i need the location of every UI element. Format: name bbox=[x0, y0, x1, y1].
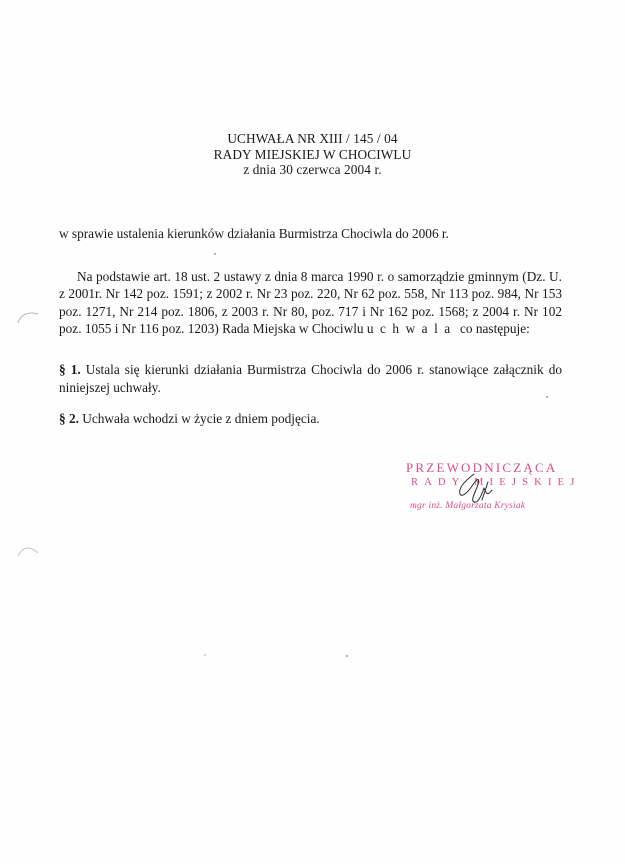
paragraph-2: § 2. Uchwała wchodzi w życie z dniem pod… bbox=[59, 410, 562, 428]
resolution-header: UCHWAŁA NR XIII / 145 / 04 RADY MIEJSKIE… bbox=[0, 131, 625, 178]
paragraph-2-number: § 2. bbox=[59, 411, 79, 426]
resolution-date: z dnia 30 czerwca 2004 r. bbox=[0, 162, 625, 178]
paragraph-1-text: Ustala się kierunki działania Burmistrza… bbox=[59, 362, 562, 395]
legal-basis-paragraph: Na podstawie art. 18 ust. 2 ustawy z dni… bbox=[59, 268, 562, 338]
punch-hole-mark bbox=[16, 309, 42, 325]
paragraph-1-number: § 1. bbox=[59, 362, 81, 377]
scan-speck bbox=[346, 655, 348, 657]
resolution-subject: w sprawie ustalenia kierunków działania … bbox=[59, 226, 449, 242]
scan-speck bbox=[214, 253, 216, 255]
resolves-word: uchwala bbox=[367, 321, 457, 336]
handwritten-signature bbox=[452, 470, 502, 506]
scan-speck bbox=[204, 654, 206, 656]
paragraph-1: § 1. Ustala się kierunki działania Burmi… bbox=[59, 361, 562, 397]
legal-basis-ending: co następuje: bbox=[457, 321, 530, 336]
punch-hole-mark bbox=[16, 543, 42, 559]
scan-speck bbox=[546, 396, 548, 398]
council-name: RADY MIEJSKIEJ W CHOCIWLU bbox=[0, 147, 625, 163]
document-page: UCHWAŁA NR XIII / 145 / 04 RADY MIEJSKIE… bbox=[0, 0, 625, 864]
paragraph-2-text: Uchwała wchodzi w życie z dniem podjęcia… bbox=[79, 411, 320, 426]
resolution-number: UCHWAŁA NR XIII / 145 / 04 bbox=[0, 131, 625, 147]
